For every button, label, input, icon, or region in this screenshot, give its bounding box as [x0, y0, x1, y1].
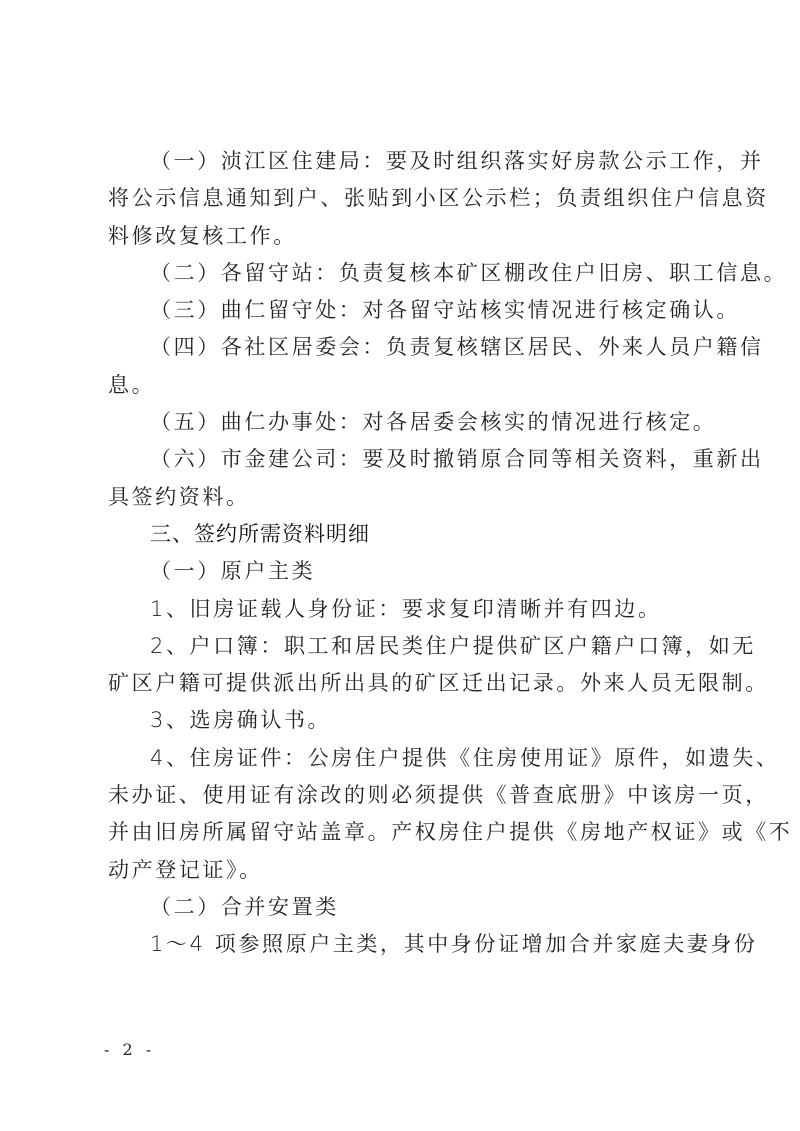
subsection-heading-1: （一）原户主类: [108, 553, 702, 590]
paragraph-1-line-3: 料修改复核工作。: [108, 218, 702, 255]
list-item-3: 3、选房确认书。: [108, 702, 702, 739]
document-body: （一）浈江区住建局：要及时组织落实好房款公示工作，并 将公示信息通知到户、张贴到…: [108, 143, 702, 964]
paragraph-6-line-1: （六）市金建公司：要及时撤销原合同等相关资料，重新出: [108, 441, 702, 478]
paragraph-1-line-2: 将公示信息通知到户、张贴到小区公示栏；负责组织住户信息资: [108, 180, 702, 217]
list-item-1: 1、旧房证载人身份证：要求复印清晰并有四边。: [108, 591, 702, 628]
paragraph-3: （三）曲仁留守处：对各留守站核实情况进行核定确认。: [108, 292, 702, 329]
merged-item-1: 1～4 项参照原户主类，其中身份证增加合并家庭夫妻身份: [108, 926, 702, 963]
list-item-4-line-4: 动产登记证》。: [108, 852, 702, 889]
page-number: - 2 -: [104, 1040, 155, 1059]
paragraph-6-line-2: 具签约资料。: [108, 479, 702, 516]
section-heading: 三、签约所需资料明细: [108, 516, 702, 553]
list-item-4-line-2: 未办证、使用证有涂改的则必须提供《普查底册》中该房一页，: [108, 777, 702, 814]
paragraph-1-line-1: （一）浈江区住建局：要及时组织落实好房款公示工作，并: [108, 143, 702, 180]
paragraph-4-line-2: 息。: [108, 367, 702, 404]
list-item-4-line-1: 4、住房证件：公房住户提供《住房使用证》原件，如遗失、: [108, 740, 702, 777]
paragraph-5: （五）曲仁办事处：对各居委会核实的情况进行核定。: [108, 404, 702, 441]
paragraph-4-line-1: （四）各社区居委会：负责复核辖区居民、外来人员户籍信: [108, 329, 702, 366]
list-item-2-line-1: 2、户口簿：职工和居民类住户提供矿区户籍户口簿，如无: [108, 628, 702, 665]
list-item-2-line-2: 矿区户籍可提供派出所出具的矿区迁出记录。外来人员无限制。: [108, 665, 702, 702]
subsection-heading-2: （二）合并安置类: [108, 889, 702, 926]
list-item-4-line-3: 并由旧房所属留守站盖章。产权房住户提供《房地产权证》或《不: [108, 814, 702, 851]
paragraph-2: （二）各留守站：负责复核本矿区棚改住户旧房、职工信息。: [108, 255, 702, 292]
